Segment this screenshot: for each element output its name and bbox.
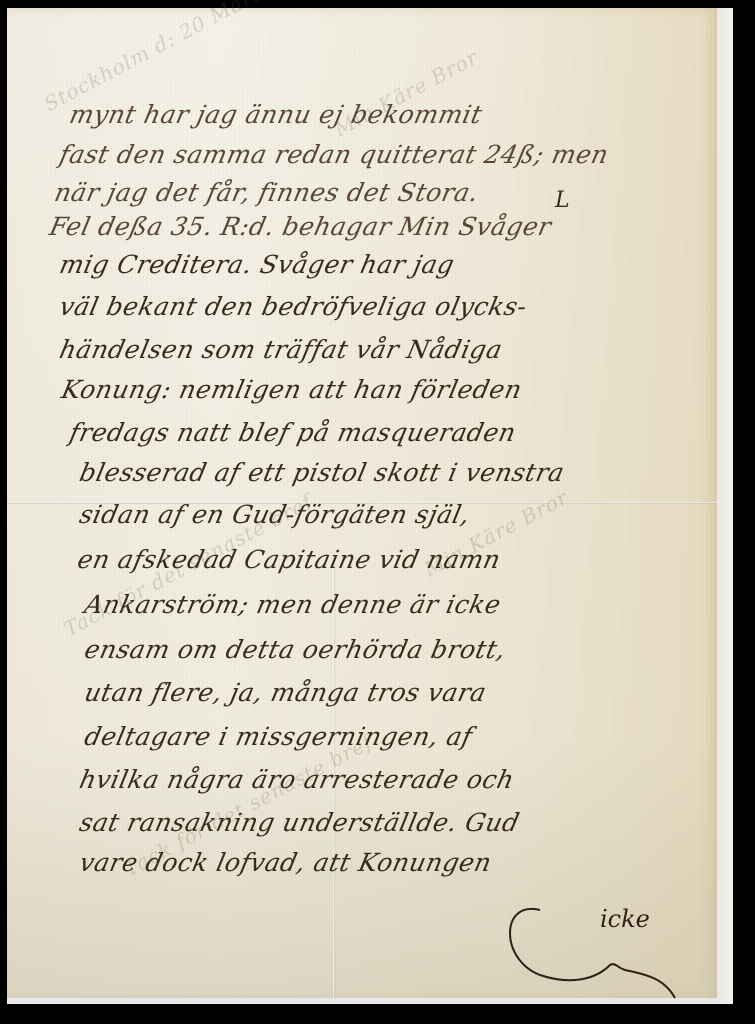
text-line-17: hvilka några äro arresterade och — [77, 765, 517, 794]
text-line-8: Konung: nemligen att han förleden — [59, 375, 525, 404]
text-line-18: sat ransakning underställde. Gud — [77, 808, 522, 837]
text-line-13: Ankarström; men denne är icke — [82, 590, 504, 619]
text-line-19: vare dock lofvad, att Konungen — [77, 848, 494, 877]
text-line-9: fredags natt blef på masqueraden — [67, 418, 519, 447]
text-line-10: blesserad af ett pistol skott i venstra — [77, 458, 567, 487]
text-line-12: en afskedad Capitaine vid namn — [75, 545, 504, 574]
insertion-mark: L — [555, 188, 570, 213]
text-line-16: deltagare i missgerningen, af — [82, 722, 475, 751]
text-line-1: mynt har jag ännu ej bekommit — [67, 100, 485, 129]
text-line-2: fast den samma redan quitterat 24ß; men — [57, 140, 612, 169]
text-line-5: mig Creditera. Svåger har jag — [57, 250, 457, 279]
text-line-4: Fel deßa 35. R:d. behagar Min Svåger — [47, 212, 554, 241]
text-line-11: sidan af en Gud-förgäten själ, — [77, 500, 473, 529]
text-line-6: väl bekant den bedröfveliga olycks- — [57, 292, 530, 321]
text-line-15: utan flere, ja, många tros vara — [82, 678, 489, 707]
image-frame: Stockholm d: 20 Martii 1792 Min Käre Bro… — [0, 0, 755, 1024]
text-line-7: händelsen som träffat vår Nådiga — [57, 335, 505, 364]
text-line-14: ensam om detta oerhörda brott, — [82, 635, 509, 664]
paper-edge-strip — [717, 8, 733, 1004]
catchword: icke — [600, 905, 650, 933]
text-line-3: när jag det får, finnes det Stora. — [52, 178, 482, 207]
